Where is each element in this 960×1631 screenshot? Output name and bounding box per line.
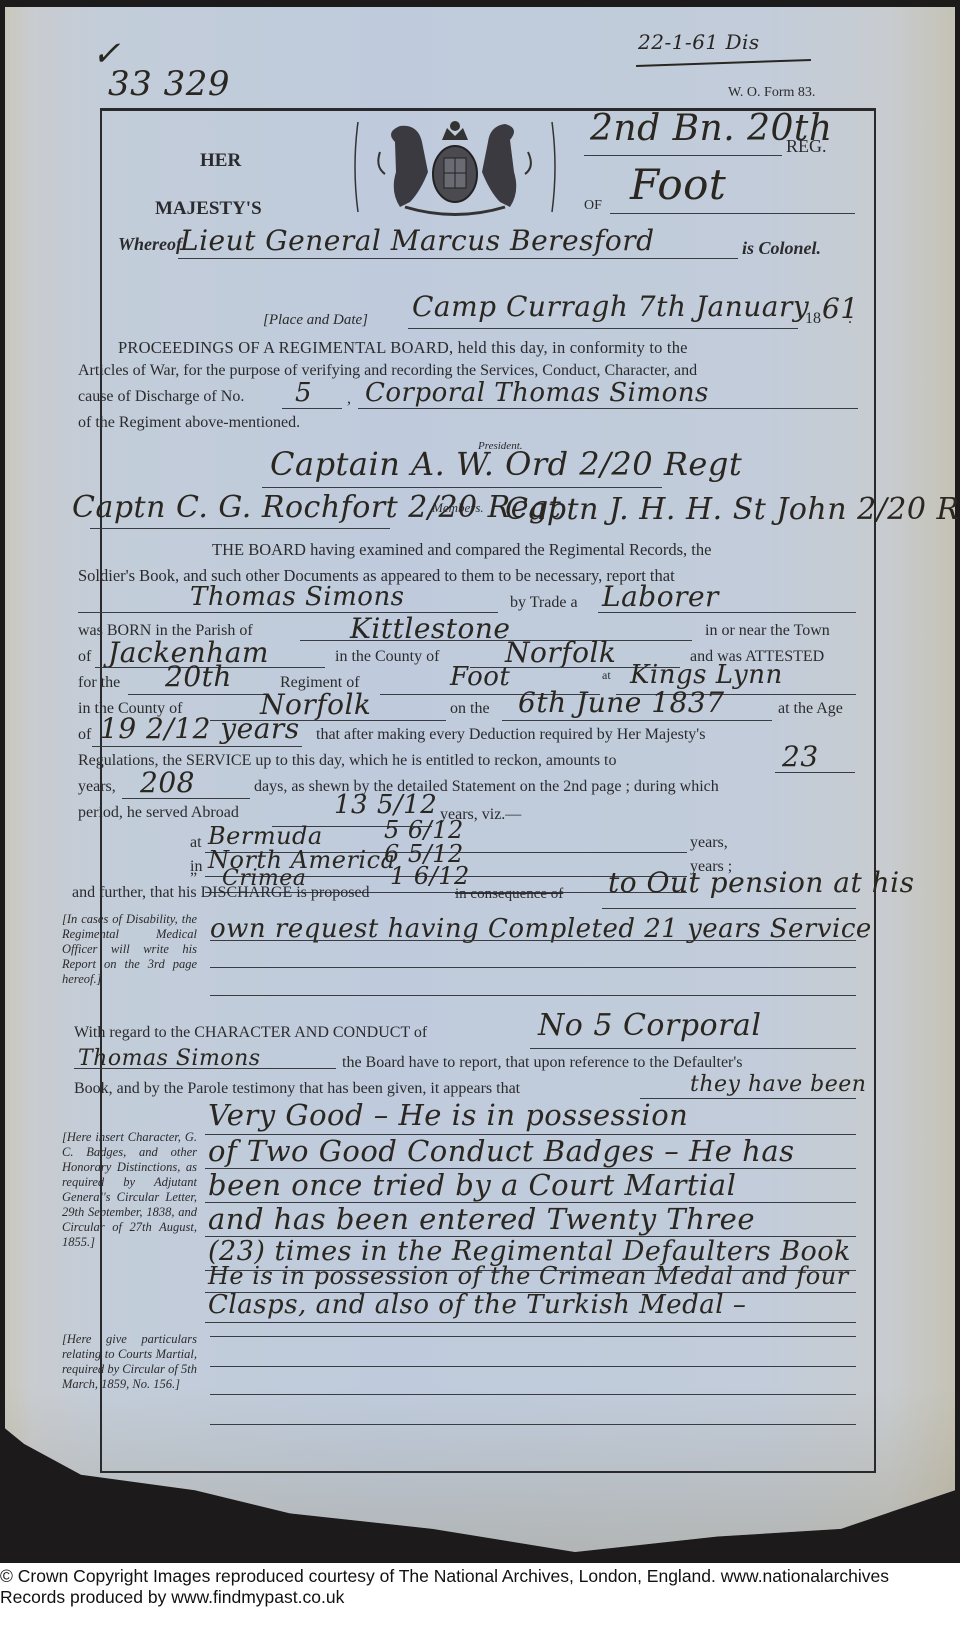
place-date-field[interactable]: Camp Curragh 7th January bbox=[412, 290, 809, 323]
character-prefix: With regard to the CHARACTER AND CONDUCT… bbox=[74, 1024, 427, 1042]
courts-martial-side-note: [Here give particulars relating to Court… bbox=[62, 1332, 197, 1392]
at-label: at bbox=[602, 668, 611, 683]
abroad-text: period, he served Abroad bbox=[78, 804, 239, 822]
regiment-type-field[interactable]: Foot bbox=[450, 662, 510, 692]
member-1-field[interactable]: Captn C. G. Rochfort 2/20 Regt bbox=[72, 490, 561, 525]
disability-side-note: [In cases of Disability, the Regimental … bbox=[62, 912, 197, 987]
on-the-label: on the bbox=[450, 700, 490, 718]
service-years-field[interactable]: 23 bbox=[782, 740, 819, 773]
abroad-row-prefix: at bbox=[190, 834, 202, 852]
character-side-note: [Here insert Character, G. C. Badges, an… bbox=[62, 1130, 197, 1250]
days-text: days, as shewn by the detailed Statement… bbox=[254, 778, 719, 796]
county-field[interactable]: Norfolk bbox=[505, 636, 616, 669]
reference-number: 33 329 bbox=[108, 64, 230, 104]
discharge-prefix: and further, that his DISCHARGE is propo… bbox=[72, 884, 370, 902]
of-town-label: of bbox=[78, 648, 91, 666]
service-days-field[interactable]: 208 bbox=[140, 766, 195, 799]
discharge-struck-text: in consequence of bbox=[455, 886, 563, 903]
courts-martial-line-1 bbox=[210, 1336, 856, 1337]
character-rule bbox=[205, 1322, 856, 1323]
courts-martial-line-3 bbox=[210, 1394, 856, 1395]
courts-martial-line-2 bbox=[210, 1366, 856, 1367]
year-printed: 18 bbox=[805, 310, 821, 328]
character-subject-line-2 bbox=[74, 1068, 336, 1069]
president-field-line bbox=[262, 487, 662, 488]
parish-field-line bbox=[300, 640, 692, 641]
of-label: OF bbox=[584, 198, 602, 214]
character-subject-line-1 bbox=[530, 1048, 856, 1049]
at-the-age-label: at the Age bbox=[778, 700, 843, 718]
member-1-field-line bbox=[90, 528, 390, 529]
discharge-line-4 bbox=[210, 995, 856, 996]
name-field[interactable]: Thomas Simons bbox=[190, 582, 405, 612]
by-trade-label: by Trade a bbox=[510, 594, 578, 612]
member-2-field[interactable]: Captn J. H. H. St John 2/20 Regt bbox=[505, 492, 960, 527]
soldier-name-line bbox=[358, 408, 858, 409]
report-line-1: THE BOARD having examined and compared t… bbox=[212, 540, 711, 560]
majestys-label: MAJESTY'S bbox=[155, 198, 262, 220]
age-field-line bbox=[92, 746, 302, 747]
character-line[interactable]: Clasps, and also of the Turkish Medal – bbox=[208, 1290, 746, 1320]
president-field[interactable]: Captain A. W. Ord 2/20 Regt bbox=[270, 445, 742, 483]
county-label: in the County of bbox=[335, 648, 439, 666]
abroad-row-suffix: years, bbox=[690, 834, 728, 852]
records-credit-line: Records produced by www.findmypast.co.uk bbox=[0, 1587, 960, 1608]
courts-martial-line-4 bbox=[210, 1424, 856, 1425]
discharge-line-2 bbox=[210, 940, 856, 941]
proceedings-line-3: cause of Discharge of No. bbox=[78, 388, 244, 406]
deduction-text: that after making every Deduction requir… bbox=[316, 726, 705, 744]
colonel-field[interactable]: Lieut General Marcus Beresford bbox=[180, 224, 655, 257]
character-line[interactable]: of Two Good Conduct Badges – He has bbox=[208, 1134, 795, 1168]
regiment-field-line bbox=[584, 155, 782, 156]
soldier-number-line bbox=[282, 408, 342, 409]
copyright-line: © Crown Copyright Images reproduced cour… bbox=[0, 1566, 960, 1587]
regiment-number-line bbox=[128, 694, 268, 695]
of-age-label: of bbox=[78, 726, 91, 744]
whereof-label: Whereof bbox=[118, 234, 182, 255]
character-line[interactable]: He is in possession of the Crimean Medal… bbox=[208, 1262, 849, 1290]
year-field[interactable]: 61 bbox=[822, 292, 859, 325]
attest-date-field[interactable]: 6th June 1837 bbox=[518, 686, 725, 719]
service-days-line bbox=[122, 798, 250, 799]
reg-label: REG. bbox=[786, 136, 827, 157]
character-line[interactable]: been once tried by a Court Martial bbox=[208, 1168, 736, 1202]
members-label: Members. bbox=[432, 500, 484, 516]
is-colonel-label: is Colonel. bbox=[742, 238, 821, 259]
proceedings-line-1: PROCEEDINGS OF A REGIMENTAL BOARD, held … bbox=[118, 338, 688, 358]
service-years-line bbox=[775, 772, 855, 773]
comma: , bbox=[347, 390, 351, 408]
character-line[interactable]: Very Good – He is in possession bbox=[208, 1098, 688, 1132]
trade-field-line bbox=[598, 612, 856, 613]
place-date-label: [Place and Date] bbox=[263, 312, 368, 329]
discharge-line-1 bbox=[602, 908, 856, 909]
character-line[interactable]: and has been entered Twenty Three bbox=[208, 1202, 755, 1236]
place-date-field-line bbox=[408, 328, 798, 329]
regiment-number-field[interactable]: 20th bbox=[165, 660, 232, 693]
soldier-name-field[interactable]: Corporal Thomas Simons bbox=[365, 378, 709, 408]
form-id: W. O. Form 83. bbox=[728, 85, 815, 101]
age-field[interactable]: 19 2/12 years bbox=[100, 712, 300, 745]
royal-coat-of-arms-icon bbox=[350, 112, 560, 222]
years-label: years, bbox=[78, 778, 116, 796]
her-label: HER bbox=[200, 150, 241, 172]
of-field[interactable]: Foot bbox=[630, 160, 726, 209]
discharge-reason-line-1[interactable]: to Out pension at his bbox=[608, 866, 915, 899]
document-scan: ✓ 33 329 22-1-61 Dis W. O. Form 83. HER … bbox=[0, 0, 960, 1563]
top-right-note: 22-1-61 Dis bbox=[638, 30, 760, 54]
colonel-field-line bbox=[178, 258, 738, 259]
attest-date-line bbox=[502, 720, 772, 721]
copyright-footer: © Crown Copyright Images reproduced cour… bbox=[0, 1563, 960, 1631]
book-line-text: Book, and by the Parole testimony that h… bbox=[74, 1080, 520, 1098]
discharge-line-3 bbox=[210, 967, 856, 968]
board-report-text: the Board have to report, that upon refe… bbox=[342, 1054, 743, 1072]
soldier-number-field[interactable]: 5 bbox=[295, 378, 312, 408]
trade-field[interactable]: Laborer bbox=[602, 580, 719, 613]
proceedings-line-4: of the Regiment above-mentioned. bbox=[78, 414, 300, 432]
near-town-label: in or near the Town bbox=[705, 622, 830, 640]
character-subject-1[interactable]: No 5 Corporal bbox=[538, 1008, 761, 1043]
appears-field[interactable]: they have been bbox=[690, 1072, 866, 1097]
for-the-label: for the bbox=[78, 674, 120, 692]
year-period: . bbox=[848, 310, 852, 328]
of-field-line bbox=[610, 213, 855, 214]
